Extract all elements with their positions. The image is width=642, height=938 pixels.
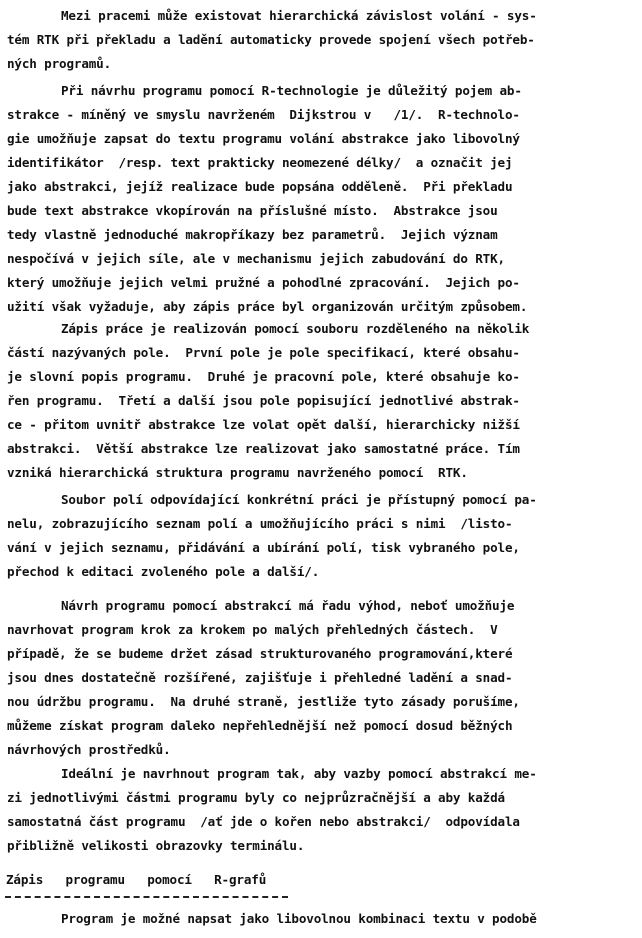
text-line: můžeme získat program daleko nepřehledně… bbox=[7, 714, 639, 738]
text-line: vzniká hierarchická struktura programu n… bbox=[7, 461, 639, 485]
paragraph-program-writing: Program je možné napsat jako libovolnou … bbox=[7, 907, 639, 931]
text-line: návrhových prostředků. bbox=[7, 738, 639, 762]
text-line: zi jednotlivými částmi programu byly co … bbox=[7, 786, 639, 810]
text-line: Návrh programu pomocí abstrakcí má řadu … bbox=[7, 594, 639, 618]
text-line: případě, že se budeme držet zásad strukt… bbox=[7, 642, 639, 666]
text-line: Soubor polí odpovídající konkrétní práci… bbox=[7, 488, 639, 512]
paragraph-ideal-design: Ideální je navrhnout program tak, aby va… bbox=[7, 762, 639, 858]
text-line: tedy vlastně jednoduché makropříkazy bez… bbox=[7, 223, 639, 247]
paragraph-hierarchical-calls: Mezi pracemi může existovat hierarchická… bbox=[7, 4, 639, 76]
text-line: jako abstrakci, jejíž realizace bude pop… bbox=[7, 175, 639, 199]
text-line: vání v jejich seznamu, přidávání a ubírá… bbox=[7, 536, 639, 560]
text-line: Zápis práce je realizován pomocí souboru… bbox=[7, 317, 639, 341]
text-line: Ideální je navrhnout program tak, aby va… bbox=[7, 762, 639, 786]
text-line: který umožňuje jejich velmi pružné a poh… bbox=[7, 271, 639, 295]
paragraph-r-technology-abstraction: Při návrhu programu pomocí R-technologie… bbox=[7, 79, 639, 319]
text-line: navrhovat program krok za krokem po malý… bbox=[7, 618, 639, 642]
typewritten-document-page: Mezi pracemi může existovat hierarchická… bbox=[0, 0, 642, 938]
text-line: Mezi pracemi může existovat hierarchická… bbox=[7, 4, 639, 28]
text-line: ce - přitom uvnitř abstrakce lze volat o… bbox=[7, 413, 639, 437]
text-line: tém RTK při překladu a ladění automatick… bbox=[7, 28, 639, 52]
text-line: užití však vyžaduje, aby zápis práce byl… bbox=[7, 295, 639, 319]
text-line: nou údržbu programu. Na druhé straně, je… bbox=[7, 690, 639, 714]
text-line: bude text abstrakce vkopírován na příslu… bbox=[7, 199, 639, 223]
text-line: samostatná část programu /ať jde o kořen… bbox=[7, 810, 639, 834]
text-line: ných programů. bbox=[7, 52, 639, 76]
section-heading: Zápis programu pomocí R-grafů bbox=[6, 869, 266, 891]
text-line: nespočívá v jejich síle, ale v mechanism… bbox=[7, 247, 639, 271]
text-line: jsou dnes dostatečně rozšířené, zajišťuj… bbox=[7, 666, 639, 690]
text-line: přechod k editaci zvoleného pole a další… bbox=[7, 560, 639, 584]
text-line: gie umožňuje zapsat do textu programu vo… bbox=[7, 127, 639, 151]
text-line: přibližně velikosti obrazovky terminálu. bbox=[7, 834, 639, 858]
text-line: částí nazývaných pole. První pole je pol… bbox=[7, 341, 639, 365]
paragraph-abstraction-advantages: Návrh programu pomocí abstrakcí má řadu … bbox=[7, 594, 639, 762]
text-line: nelu, zobrazujícího seznam polí a umožňu… bbox=[7, 512, 639, 536]
text-line: řen programu. Třetí a další jsou pole po… bbox=[7, 389, 639, 413]
paragraph-field-panel: Soubor polí odpovídající konkrétní práci… bbox=[7, 488, 639, 584]
text-line: strakce - míněný ve smyslu navrženém Dij… bbox=[7, 103, 639, 127]
text-line: je slovní popis programu. Druhé je praco… bbox=[7, 365, 639, 389]
text-line: abstrakci. Větší abstrakce lze realizova… bbox=[7, 437, 639, 461]
heading-dashed-underline bbox=[5, 896, 288, 898]
text-line: identifikátor /resp. text prakticky neom… bbox=[7, 151, 639, 175]
text-line: Program je možné napsat jako libovolnou … bbox=[7, 907, 639, 931]
paragraph-work-file-fields: Zápis práce je realizován pomocí souboru… bbox=[7, 317, 639, 485]
text-line: Při návrhu programu pomocí R-technologie… bbox=[7, 79, 639, 103]
